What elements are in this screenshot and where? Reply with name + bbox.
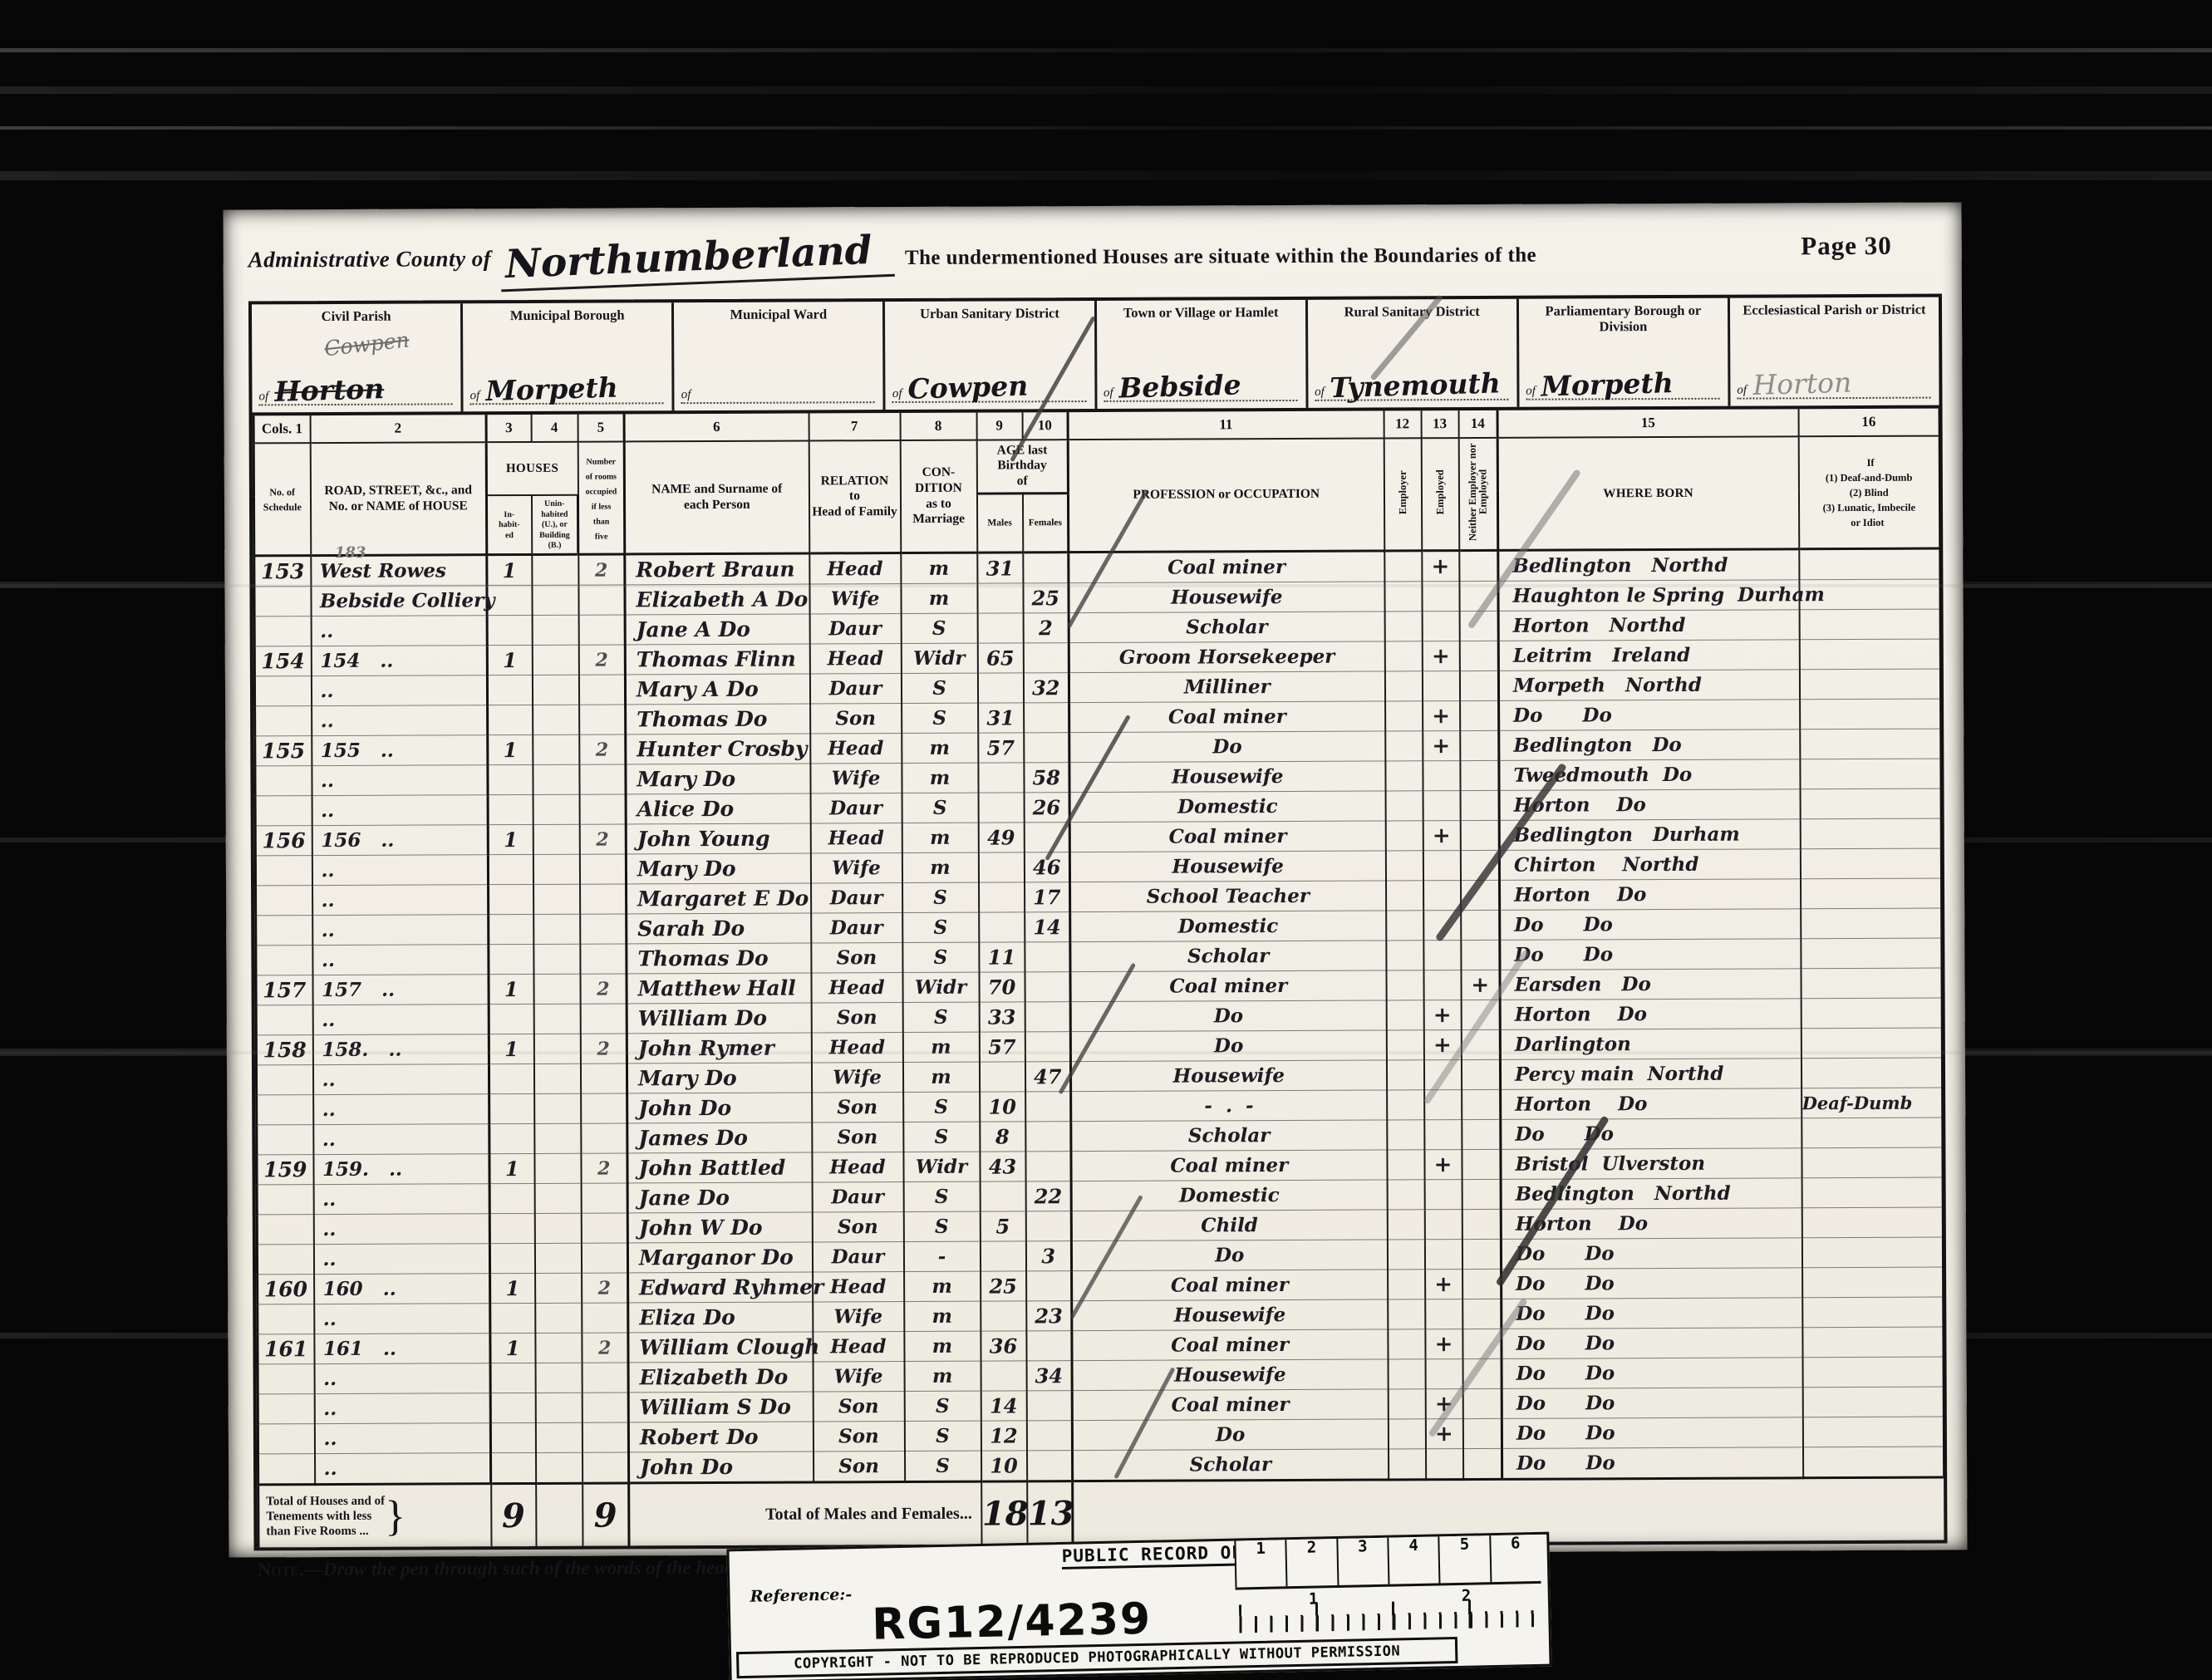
cell-road: West Rowes183 — [311, 555, 487, 587]
cell-rooms — [582, 1363, 628, 1393]
cell-relation: Son — [810, 704, 902, 734]
cell-employer — [1387, 1210, 1424, 1240]
cell-employer — [1385, 701, 1423, 731]
district-value-line: ofBebside — [1104, 356, 1297, 402]
cell-neither — [1461, 910, 1500, 940]
cell-name: Jane A Do — [625, 614, 809, 645]
cell-schedule: 161 — [258, 1334, 314, 1364]
cell-schedule — [257, 1185, 313, 1215]
measuring-ruler: 123456 12 — [1234, 1535, 1541, 1634]
cell-age-male — [978, 793, 1024, 823]
district-handwritten-value: Tynemouth — [1330, 369, 1501, 401]
cell-rooms: 2 — [579, 734, 626, 764]
cell-infirmity — [1802, 1207, 1943, 1238]
cell-employed — [1423, 851, 1460, 881]
cell-schedule — [256, 1065, 312, 1095]
cell-road: .. — [312, 795, 488, 826]
district-value-line: of — [681, 358, 875, 404]
cell-road: .. — [313, 1124, 489, 1155]
cell-road: .. — [311, 675, 487, 706]
cell-schedule: 153 — [254, 556, 311, 587]
of-prefix: of — [892, 387, 902, 401]
cell-born: Do Do — [1501, 1118, 1802, 1150]
cell-age-male — [981, 1301, 1026, 1331]
header-houses-group: HOUSES — [486, 442, 578, 496]
cell-road: 161 .. — [314, 1334, 490, 1364]
district-box-1: Civil ParishofHortonCowpen — [252, 303, 464, 412]
cell-road: .. — [313, 1094, 489, 1125]
district-box-3: Municipal Wardof — [674, 302, 886, 410]
cell-age-female: 23 — [1026, 1301, 1072, 1331]
colnum-5: 5 — [578, 414, 624, 441]
totals-uninhabited — [536, 1483, 582, 1546]
cell-neither — [1462, 1448, 1502, 1479]
cell-uninhabited — [533, 794, 579, 824]
stamp-reference-number: RG12/4239 — [872, 1594, 1153, 1650]
cell-inhabited — [489, 1004, 533, 1034]
colnum-10: 10 — [1022, 412, 1068, 440]
cell-neither — [1462, 1329, 1502, 1358]
cell-condition: m — [902, 823, 978, 852]
cell-occupation: Coal miner — [1071, 1150, 1387, 1181]
cell-age-male: 57 — [979, 1032, 1025, 1062]
cell-uninhabited — [535, 1333, 582, 1363]
cell-uninhabited — [535, 1303, 582, 1333]
cell-born: Earsden Do — [1500, 969, 1801, 1000]
header-rooms: Number of rooms occupied if less than fi… — [578, 441, 625, 554]
header-schedule: No. of Schedule — [253, 443, 311, 556]
cell-age-male: 49 — [978, 823, 1024, 852]
cell-employer — [1386, 941, 1423, 970]
cell-infirmity — [1802, 1237, 1943, 1268]
cell-inhabited — [488, 764, 533, 794]
cell-name: Elizabeth Do — [628, 1362, 813, 1393]
cell-rooms — [578, 585, 625, 615]
film-scan-scene: Administrative County ofNorthumberlandTh… — [0, 0, 2212, 1680]
cell-employed — [1423, 941, 1461, 970]
header-uninhabited: Unin- habited (U.), or Building (B.) — [531, 495, 578, 555]
cell-rooms — [582, 1452, 629, 1483]
cell-road: .. — [312, 1005, 489, 1035]
cell-schedule — [258, 1364, 314, 1394]
cell-road: .. — [313, 1244, 489, 1275]
cell-born: Bedlington Northd — [1501, 1178, 1802, 1210]
district-value-line: ofHorton — [1737, 354, 1930, 400]
cell-rooms — [580, 884, 627, 914]
cell-born: Morpeth Northd — [1498, 670, 1799, 701]
cell-employer — [1386, 881, 1423, 911]
cell-condition: - — [903, 1241, 980, 1271]
cell-age-male: 5 — [980, 1211, 1025, 1241]
district-value-line: ofMorpeth — [469, 359, 663, 405]
cell-inhabited — [487, 585, 532, 615]
cell-uninhabited — [533, 944, 580, 974]
cell-name: Mary A Do — [625, 674, 809, 705]
cell-employed: + — [1425, 1389, 1462, 1419]
cell-employed — [1423, 911, 1461, 941]
cell-inhabited — [489, 1243, 534, 1273]
cell-relation: Daur — [809, 674, 901, 704]
cell-rooms — [580, 1004, 627, 1034]
cell-employer — [1386, 1000, 1423, 1030]
cell-condition: S — [902, 882, 979, 912]
colnum-7: 7 — [809, 413, 900, 440]
cell-neither — [1459, 611, 1498, 641]
cell-occupation: Scholar — [1070, 941, 1386, 972]
totals-males: 18 — [981, 1481, 1027, 1545]
cell-neither — [1459, 581, 1498, 611]
cell-schedule — [257, 1215, 313, 1245]
footnote-caps: Note. — [258, 1559, 304, 1579]
cell-inhabited: 1 — [489, 974, 533, 1004]
ruler-cm-number: 3 — [1336, 1538, 1388, 1585]
district-box-7: Parliamentary Borough or DivisionofMorpe… — [1519, 298, 1731, 407]
cell-inhabited — [489, 884, 533, 914]
cell-name: William S Do — [628, 1392, 813, 1422]
cell-condition: S — [903, 1122, 980, 1152]
district-label: Civil Parish — [252, 308, 460, 325]
cell-neither — [1461, 1059, 1500, 1089]
cell-age-male — [980, 1241, 1025, 1271]
cell-age-female: 26 — [1024, 793, 1069, 823]
cell-schedule — [255, 766, 312, 796]
cell-born: Do Do — [1502, 1447, 1802, 1480]
cell-schedule — [254, 676, 311, 706]
cell-name: Jane Do — [627, 1182, 812, 1213]
cell-age-male — [981, 1361, 1026, 1391]
colnum-14: 14 — [1458, 410, 1497, 438]
cell-infirmity: Deaf-Dumb — [1802, 1088, 1943, 1118]
totals-houses-label-cell: Total of Houses and of Tenements with le… — [258, 1484, 491, 1548]
district-handwritten-value: Horton — [274, 375, 385, 405]
cell-born: Tweedmouth Do — [1499, 759, 1800, 791]
cell-age-female — [1025, 942, 1070, 972]
cell-infirmity — [1802, 1387, 1944, 1417]
header-neither: Neither Employer nor Employed — [1458, 438, 1498, 551]
cell-neither — [1459, 550, 1498, 581]
totals-females: 13 — [1027, 1481, 1073, 1545]
district-label: Ecclesiastical Parish or District — [1730, 302, 1939, 319]
cell-road: .. — [312, 915, 489, 946]
cell-relation: Head — [810, 734, 902, 764]
cell-condition: Widr — [902, 972, 979, 1002]
cell-road: 154 .. — [311, 646, 487, 676]
cell-condition: S — [902, 703, 978, 733]
cell-employer — [1386, 1030, 1423, 1060]
cell-neither — [1462, 1149, 1501, 1179]
cell-born: Percy main Northd — [1500, 1059, 1801, 1090]
cell-schedule — [255, 796, 312, 826]
cell-employer — [1387, 1120, 1424, 1150]
cell-relation: Son — [813, 1452, 904, 1482]
cell-occupation: Milliner — [1069, 671, 1384, 703]
cell-age-male: 33 — [979, 1002, 1025, 1032]
cell-name: James Do — [627, 1122, 812, 1153]
cell-uninhabited — [533, 854, 579, 884]
cell-uninhabited — [533, 734, 579, 764]
colnum-11: 11 — [1068, 410, 1384, 440]
cell-employed: + — [1425, 1329, 1462, 1359]
cell-born: Do Do — [1502, 1268, 1802, 1299]
of-prefix: of — [1104, 386, 1113, 400]
cell-schedule — [254, 587, 311, 616]
header-road: ROAD, STREET, &c., and No. or NAME of HO… — [310, 442, 487, 555]
cell-employed — [1424, 1180, 1462, 1210]
cell-age-female: 14 — [1025, 912, 1070, 942]
header-infirmity: If (1) Deaf-and-Dumb (2) Blind (3) Lunat… — [1798, 436, 1940, 549]
cell-infirmity — [1800, 699, 1941, 729]
cell-occupation: Scholar — [1072, 1449, 1388, 1481]
cell-employer — [1388, 1359, 1425, 1389]
cell-born: Horton Do — [1500, 879, 1801, 911]
cell-age-male: 31 — [977, 553, 1023, 583]
cell-employer — [1384, 641, 1422, 671]
cell-age-female — [1024, 823, 1069, 852]
header-employed: Employed — [1421, 438, 1459, 551]
cell-road: .. — [315, 1453, 491, 1485]
cell-uninhabited — [534, 1123, 581, 1153]
cell-relation: Head — [809, 644, 901, 674]
cell-age-female: 25 — [1023, 583, 1069, 613]
colnum-16: 16 — [1798, 409, 1939, 437]
cell-schedule — [257, 1125, 313, 1155]
cell-occupation: Do — [1070, 1030, 1386, 1062]
totals-mf-label-cell: Total of Males and Females... — [629, 1481, 981, 1545]
cell-age-male: 70 — [979, 972, 1025, 1002]
cell-name: Thomas Do — [627, 943, 811, 974]
cell-schedule — [255, 706, 312, 736]
cell-condition: m — [904, 1331, 981, 1361]
cell-occupation: Domestic — [1070, 911, 1386, 942]
cell-rooms: 2 — [580, 974, 627, 1004]
cell-relation: Wife — [813, 1302, 904, 1332]
cell-neither — [1460, 700, 1499, 730]
cell-neither — [1460, 790, 1499, 820]
cell-uninhabited — [533, 824, 579, 854]
cell-condition: S — [903, 1181, 980, 1211]
cell-name: John Young — [626, 823, 810, 854]
cell-age-female — [1024, 733, 1069, 763]
cell-infirmity — [1802, 1118, 1943, 1148]
cell-name: Mary Do — [626, 764, 810, 794]
cell-inhabited — [491, 1452, 536, 1483]
cell-road: .. — [312, 765, 488, 796]
pencil-note: 183 — [335, 544, 366, 562]
of-prefix: of — [1737, 384, 1747, 398]
cell-uninhabited — [532, 554, 578, 585]
cell-infirmity — [1801, 908, 1942, 939]
cell-schedule: 155 — [255, 736, 312, 766]
cell-inhabited: 1 — [490, 1273, 535, 1303]
cell-neither — [1462, 1358, 1502, 1388]
cell-born: Horton Do — [1499, 789, 1800, 821]
cell-employed — [1425, 1359, 1462, 1389]
cell-neither — [1460, 820, 1499, 850]
header-relation: RELATION to Head of Family — [809, 440, 901, 553]
district-label: Municipal Borough — [463, 307, 671, 324]
cell-schedule — [258, 1304, 314, 1334]
cell-relation: Son — [812, 1122, 903, 1152]
cell-condition: S — [902, 793, 978, 823]
cell-age-female: 3 — [1025, 1241, 1071, 1271]
colnum-1: Cols. 1 — [253, 415, 310, 443]
cell-employer — [1387, 1180, 1424, 1210]
cell-condition: m — [902, 763, 978, 793]
cell-age-male: 31 — [978, 703, 1024, 733]
cell-occupation: Do — [1069, 731, 1385, 763]
cell-occupation: Coal miner — [1069, 551, 1384, 583]
colnum-4: 4 — [531, 415, 578, 442]
cell-employer — [1385, 731, 1423, 761]
cell-uninhabited — [533, 764, 579, 794]
cell-inhabited — [488, 705, 533, 734]
cell-age-female — [1026, 1451, 1072, 1481]
colnum-8: 8 — [900, 413, 976, 440]
cell-condition: m — [902, 1032, 979, 1062]
cell-age-female — [1026, 1331, 1072, 1361]
district-box-6: Rural Sanitary DistrictofTynemouth — [1308, 299, 1520, 408]
of-prefix: of — [470, 389, 480, 403]
cell-inhabited — [487, 615, 532, 645]
cell-uninhabited — [533, 974, 580, 1004]
cell-name: Hunter Crosby — [626, 734, 810, 764]
cell-schedule: 158 — [256, 1035, 312, 1065]
cell-age-female: 47 — [1025, 1062, 1070, 1092]
cell-neither — [1462, 1179, 1501, 1209]
cell-rooms — [580, 1064, 627, 1093]
cell-inhabited — [489, 914, 533, 944]
cell-condition: m — [904, 1271, 981, 1301]
cell-age-female: 34 — [1026, 1361, 1072, 1391]
cell-age-female — [1025, 972, 1070, 1002]
cell-schedule — [257, 1245, 313, 1275]
cell-name: Eliza Do — [628, 1302, 813, 1333]
cell-inhabited — [488, 854, 533, 884]
cell-road: .. — [314, 1304, 490, 1334]
cell-rooms — [580, 944, 627, 974]
cell-rooms — [581, 1183, 627, 1213]
district-handwritten-value: Cowpen — [907, 372, 1029, 403]
cell-occupation: Housewife — [1070, 1060, 1386, 1092]
cell-name: Sarah Do — [627, 913, 811, 944]
totals-houses-label: Total of Houses and of Tenements with le… — [259, 1494, 385, 1540]
totals-row: Total of Houses and of Tenements with le… — [258, 1477, 1944, 1547]
ruler-cm-number: 5 — [1438, 1535, 1490, 1583]
totals-rooms: 9 — [582, 1483, 629, 1546]
header-where-born: WHERE BORN — [1497, 436, 1799, 550]
cell-uninhabited — [535, 1273, 582, 1303]
cell-inhabited — [489, 1213, 534, 1243]
district-label: Town or Village or Hamlet — [1096, 305, 1305, 322]
of-prefix: of — [258, 390, 268, 404]
cell-infirmity — [1801, 878, 1942, 909]
cell-employed — [1423, 881, 1461, 911]
cell-name: Thomas Flinn — [625, 644, 809, 675]
cell-born: Bedlington Durham — [1499, 819, 1800, 851]
cell-born: Do Do — [1500, 939, 1801, 970]
table-body: 153West Rowes18312Robert BraunHeadm31Coa… — [254, 548, 1944, 1485]
cell-uninhabited — [533, 884, 580, 914]
cell-infirmity — [1800, 818, 1941, 849]
cell-schedule — [258, 1394, 314, 1424]
totals-brace: } — [385, 1492, 406, 1540]
cell-infirmity — [1802, 1417, 1944, 1447]
cell-age-female: 46 — [1024, 852, 1069, 882]
cell-age-female — [1025, 1122, 1071, 1152]
cell-relation: Daur — [811, 883, 902, 913]
of-prefix: of — [681, 388, 691, 402]
totals-inhabited: 9 — [491, 1483, 536, 1546]
header-age-group: AGE last Birthday of — [976, 440, 1068, 494]
cell-relation: Daur — [810, 793, 902, 823]
cell-rooms: 2 — [581, 1153, 627, 1183]
cell-name: William Clough — [628, 1332, 813, 1363]
cell-age-female — [1026, 1421, 1072, 1451]
cell-rooms: 2 — [582, 1333, 628, 1363]
cell-occupation: - . - — [1071, 1090, 1387, 1122]
cell-relation: Daur — [812, 1182, 903, 1212]
cell-age-male: 11 — [979, 942, 1025, 972]
boundary-statement: The undermentioned Houses are situate wi… — [905, 244, 1536, 269]
cell-born: Haughton le Spring Durham — [1498, 580, 1799, 612]
cell-born: Bedlington Do — [1499, 729, 1800, 761]
cell-condition: m — [904, 1361, 981, 1391]
film-streak — [0, 86, 2212, 94]
cell-born: Bedlington Northd — [1498, 549, 1799, 582]
cell-infirmity — [1802, 1357, 1944, 1388]
cell-employer — [1384, 551, 1422, 582]
cell-uninhabited — [534, 1183, 581, 1213]
cell-employer — [1387, 1150, 1424, 1180]
cell-employer — [1387, 1240, 1424, 1270]
cell-employed — [1424, 1210, 1462, 1240]
cell-occupation: Housewife — [1069, 761, 1385, 793]
film-streak — [0, 48, 2212, 52]
cell-uninhabited — [534, 1213, 581, 1243]
cell-relation: Daur — [812, 1242, 903, 1272]
cell-age-female: 32 — [1023, 673, 1069, 703]
cell-neither — [1460, 760, 1499, 790]
cell-employed: + — [1423, 821, 1460, 851]
cell-rooms: 2 — [578, 554, 625, 585]
cell-born: Horton Do — [1501, 1088, 1802, 1120]
cell-employed — [1425, 1449, 1462, 1480]
cell-occupation: Do — [1071, 1240, 1387, 1271]
cell-schedule — [255, 856, 312, 886]
cell-age-male: 14 — [981, 1391, 1026, 1421]
cell-schedule: 154 — [254, 646, 311, 676]
cell-schedule: 160 — [258, 1275, 314, 1304]
of-prefix: of — [1315, 386, 1325, 400]
cell-infirmity — [1799, 669, 1940, 700]
cell-road: 160 .. — [314, 1274, 490, 1304]
cell-uninhabited — [532, 615, 578, 645]
cell-relation: Head — [811, 973, 902, 1003]
cell-infirmity — [1802, 1327, 1944, 1358]
census-table: Cols. 12345678910111213141516 No. of Sch… — [253, 409, 1946, 1548]
cell-name: Alice Do — [626, 793, 810, 824]
cell-born: Do Do — [1499, 700, 1800, 731]
cell-employed: + — [1424, 1150, 1462, 1180]
cell-relation: Head — [813, 1272, 904, 1302]
cell-age-male — [977, 673, 1023, 703]
cell-relation: Son — [812, 1212, 903, 1242]
cell-occupation: Housewife — [1072, 1299, 1388, 1331]
cell-inhabited — [489, 1064, 533, 1093]
cell-age-male — [978, 763, 1024, 793]
cell-uninhabited — [532, 645, 578, 675]
cell-uninhabited — [534, 1153, 581, 1183]
